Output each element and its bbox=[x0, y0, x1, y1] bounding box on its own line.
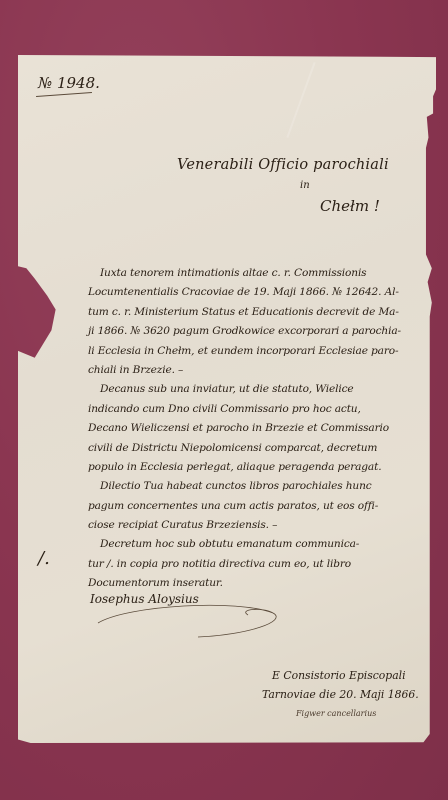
margin-annotation: /. bbox=[38, 548, 50, 569]
addressee-place: Chełm ! bbox=[320, 197, 380, 215]
closing-line-consistory: E Consistorio Episcopali bbox=[272, 666, 419, 685]
body-line: li Ecclesia in Chełm, et eundem incorpor… bbox=[88, 342, 428, 361]
body-line: Decanus sub una inviatur, ut die statuto… bbox=[88, 380, 428, 399]
body-line: Documentorum inseratur. bbox=[88, 574, 428, 593]
body-line: ji 1866. № 3620 pagum Grodkowice excorpo… bbox=[88, 322, 428, 341]
body-line: Decretum hoc sub obtutu emanatum communi… bbox=[88, 535, 428, 554]
letter-body: Iuxta tenorem intimationis altae c. r. C… bbox=[88, 264, 428, 594]
body-line: ciose recipiat Curatus Brzeziensis. – bbox=[88, 516, 428, 535]
body-line: populo in Ecclesia perlegat, aliaque per… bbox=[88, 458, 428, 477]
body-line: chiali in Brzezie. – bbox=[88, 361, 428, 380]
body-line: pagum concernentes una cum actis paratos… bbox=[88, 497, 428, 516]
body-line: tum c. r. Ministerium Status et Educatio… bbox=[88, 303, 428, 322]
body-line: Locumtenentialis Cracoviae de 19. Maji 1… bbox=[88, 283, 428, 302]
addressee-line: Venerabili Officio parochiali bbox=[177, 157, 389, 173]
signature-flourish-icon bbox=[88, 603, 288, 643]
body-line: indicando cum Dno civili Commissario pro… bbox=[88, 400, 428, 419]
body-line: tur /. in copia pro notitia directiva cu… bbox=[88, 555, 428, 574]
body-line: civili de Districtu Niepolomicensi compa… bbox=[88, 439, 428, 458]
addressee-preposition: in bbox=[300, 180, 310, 191]
body-line: Decano Wieliczensi et parocho in Brzezie… bbox=[88, 419, 428, 438]
closing-block: E Consistorio Episcopali Tarnoviae die 2… bbox=[272, 666, 419, 723]
body-line: Dilectio Tua habeat cunctos libros paroc… bbox=[88, 477, 428, 496]
closing-line-chancellor: Figwer cancellarius bbox=[296, 704, 419, 723]
reference-number: № 1948. bbox=[38, 74, 100, 92]
closing-line-date: Tarnoviae die 20. Maji 1866. bbox=[262, 685, 419, 704]
body-line: Iuxta tenorem intimationis altae c. r. C… bbox=[88, 264, 428, 283]
